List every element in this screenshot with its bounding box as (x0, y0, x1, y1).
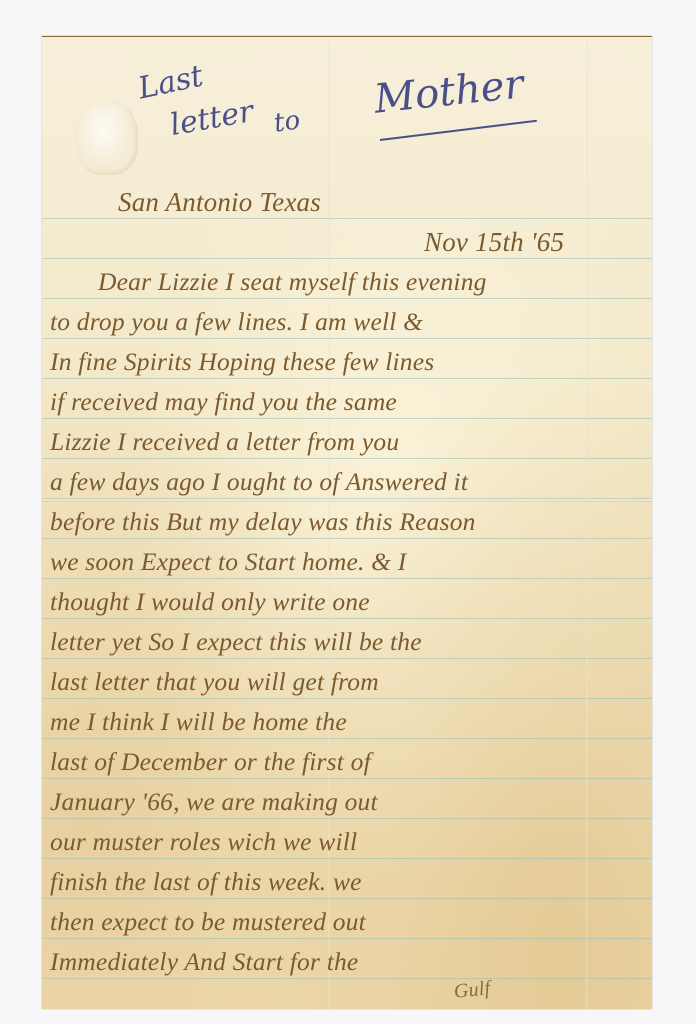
body-line: finish the last of this week. we (50, 867, 362, 897)
body-line: a few days ago I ought to of Answered it (50, 467, 468, 497)
body-line: last of December or the first of (50, 747, 371, 777)
letter-place: San Antonio Texas (118, 187, 321, 218)
annotation-word: to (272, 105, 302, 138)
body-line: thought I would only write one (50, 587, 370, 617)
body-line: last letter that you will get from (50, 667, 379, 697)
horizontal-fold-crease (42, 499, 652, 502)
body-line: January '66, we are making out (50, 787, 378, 817)
body-line: Immediately And Start for the (50, 947, 358, 977)
body-line: me I think I will be home the (50, 707, 347, 737)
body-line: our muster roles wich we will (50, 827, 357, 857)
body-line: In fine Spirits Hoping these few lines (50, 347, 434, 377)
body-line: letter yet So I expect this will be the (50, 627, 422, 657)
continuation-mark: Gulf (453, 977, 492, 1004)
body-line: Lizzie I received a letter from you (50, 427, 399, 457)
embossed-stamp-icon (76, 101, 138, 175)
letter-page: Last letter to Mother San Antonio Texas … (42, 36, 652, 1009)
body-line: before this But my delay was this Reason (50, 507, 476, 537)
body-line: Dear Lizzie I seat myself this evening (98, 267, 487, 297)
letter-date: Nov 15th '65 (424, 227, 564, 258)
body-line: to drop you a few lines. I am well & (50, 307, 423, 337)
body-line: we soon Expect to Start home. & I (50, 547, 406, 577)
body-line: if received may find you the same (50, 387, 397, 417)
body-line: then expect to be mustered out (50, 907, 366, 937)
vertical-fold-crease (586, 37, 588, 1009)
